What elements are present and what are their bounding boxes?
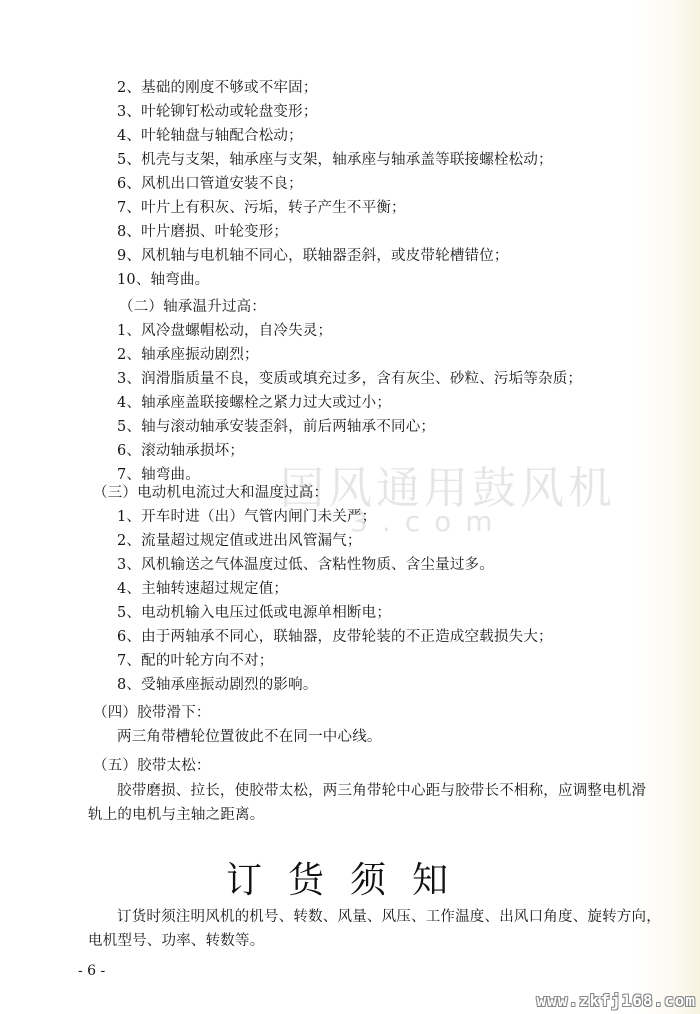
list-item: 6、由于两轴承不同心，联轴器，皮带轮装的不正造成空载损失大； [117, 628, 553, 646]
list-item: 1、风冷盘螺帽松动，自冷失灵； [117, 322, 332, 340]
list-item: 6、风机出口管道安装不良； [117, 175, 303, 193]
paragraph: 电机型号、功率、转数等。 [88, 932, 264, 950]
list-item: 2、基础的刚度不够或不牢固； [117, 79, 318, 97]
paragraph: 订货时须注明风机的机号、转数、风量、风压、工作温度、出风口角度、旋转方向， [117, 908, 661, 926]
section-heading: （二）轴承温升过高： [119, 298, 266, 316]
section-heading: （五）胶带太松： [93, 757, 211, 775]
list-item: 5、电动机输入电压过低或电源单相断电； [117, 604, 391, 622]
page-number: - 6 - [78, 963, 105, 979]
list-item: 2、流量超过规定值或进出风管漏气； [117, 532, 362, 550]
list-item: 2、轴承座振动剧烈； [117, 346, 259, 364]
list-item: 9、风机轴与电机轴不同心，联轴器歪斜，或皮带轮槽错位； [117, 247, 509, 265]
list-item: 3、风机输送之气体温度过低、含粘性物质、含尘量过多。 [117, 556, 494, 574]
list-item: 5、机壳与支架，轴承座与支架，轴承座与轴承盖等联接螺栓松动； [117, 151, 553, 169]
list-item: 8、叶片磨损、叶轮变形； [117, 223, 288, 241]
site-watermark: www.zkfj168.com [537, 991, 697, 1010]
section-heading: （三）电动机电流过大和温度过高： [93, 484, 328, 502]
list-item: 1、开车时进（出）气管内闸门未关严； [117, 508, 376, 526]
page-title: 订货须知 [0, 852, 700, 903]
paragraph: 轨上的电机与主轴之距离。 [88, 806, 264, 824]
list-item: 4、主轴转速超过规定值； [117, 580, 288, 598]
section-heading: （四）胶带滑下： [93, 704, 211, 722]
list-item: 8、受轴承座振动剧烈的影响。 [117, 676, 318, 694]
list-item: 6、滚动轴承损坏； [117, 442, 244, 460]
list-item: 7、叶片上有积灰、污垢，转子产生不平衡； [117, 199, 406, 217]
watermark-text: 国风通用鼓风机 [280, 452, 616, 516]
list-item: 4、轴承座盖联接螺栓之紧力过大或过小； [117, 394, 391, 412]
list-item: 3、润滑脂质量不良，变质或填充过多，含有灰尘、砂粒、污垢等杂质； [117, 370, 582, 388]
list-item: 10、轴弯曲。 [117, 271, 209, 289]
list-item: 5、轴与滚动轴承安装歪斜，前后两轴承不同心； [117, 418, 435, 436]
list-item: 7、配的叶轮方向不对； [117, 652, 273, 670]
paragraph: 胶带磨损、拉长，使胶带太松，两三角带轮中心距与胶带长不相称，应调整电机滑 [117, 782, 646, 800]
paragraph: 两三角带槽轮位置彼此不在同一中心线。 [117, 728, 382, 746]
list-item: 4、叶轮轴盘与轴配合松动； [117, 127, 303, 145]
list-item: 3、叶轮铆钉松动或轮盘变形； [117, 103, 318, 121]
list-item: 7、轴弯曲。 [117, 466, 200, 484]
